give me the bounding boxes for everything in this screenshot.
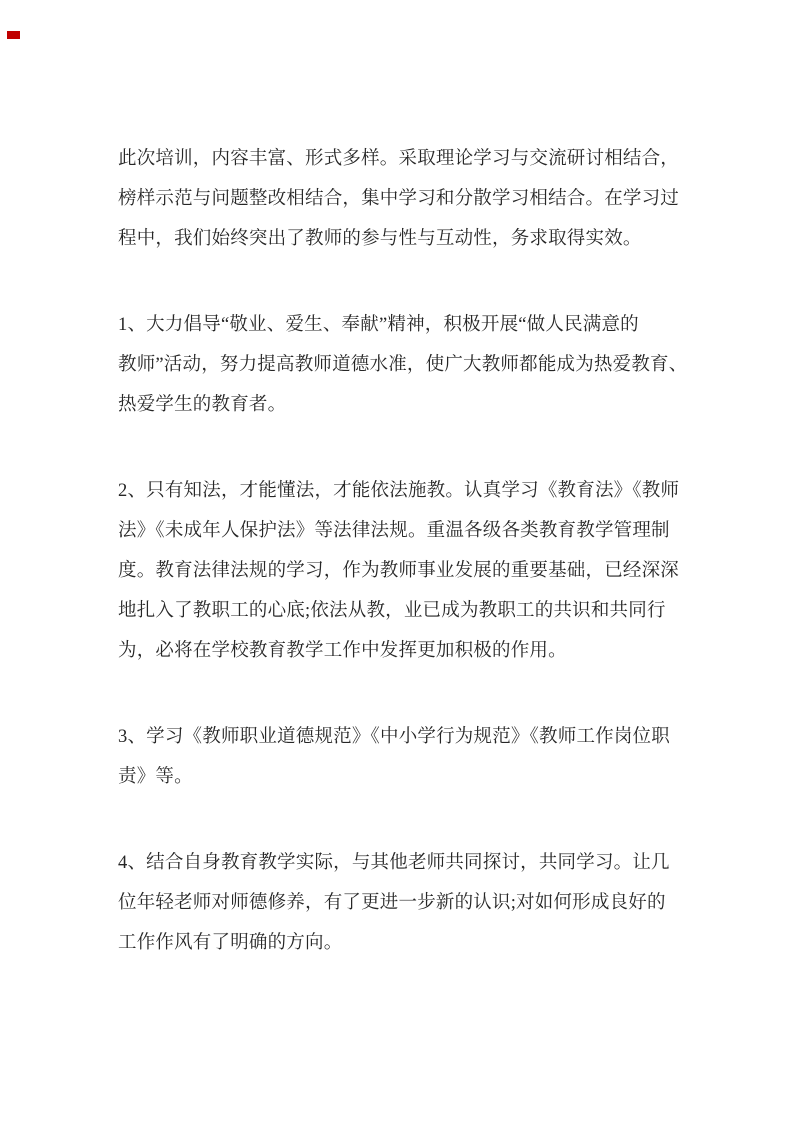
text-line: 度。教育法律法规的学习，作为教师事业发展的重要基础，已经深深: [118, 551, 678, 591]
text-line: 4、结合自身教育教学实际，与其他老师共同探讨，共同学习。让几: [118, 843, 678, 883]
text-line: 工作作风有了明确的方向。: [118, 923, 678, 963]
text-line: 1、大力倡导“敬业、爱生、奉献”精神，积极开展“做人民满意的: [118, 305, 678, 345]
text-line: 法》《未成年人保护法》等法律法规。重温各级各类教育教学管理制: [118, 511, 678, 551]
document-page: 此次培训，内容丰富、形式多样。采取理论学习与交流研讨相结合， 榜样示范与问题整改…: [0, 0, 793, 1122]
paragraph-item-4: 4、结合自身教育教学实际，与其他老师共同探讨，共同学习。让几 位年轻老师对师德修…: [118, 843, 678, 963]
text-line: 3、学习《教师职业道德规范》《中小学行为规范》《教师工作岗位职: [118, 717, 678, 757]
text-line: 此次培训，内容丰富、形式多样。采取理论学习与交流研讨相结合，: [118, 139, 678, 179]
text-line: 位年轻老师对师德修养，有了更进一步新的认识;对如何形成良好的: [118, 883, 678, 923]
paragraph-item-3: 3、学习《教师职业道德规范》《中小学行为规范》《教师工作岗位职 责》等。: [118, 717, 678, 797]
paragraph-item-2: 2、只有知法，才能懂法，才能依法施教。认真学习《教育法》《教师 法》《未成年人保…: [118, 471, 678, 671]
paragraph-intro: 此次培训，内容丰富、形式多样。采取理论学习与交流研讨相结合， 榜样示范与问题整改…: [118, 139, 678, 259]
document-body: 此次培训，内容丰富、形式多样。采取理论学习与交流研讨相结合， 榜样示范与问题整改…: [118, 139, 678, 963]
text-line: 程中，我们始终突出了教师的参与性与互动性，务求取得实效。: [118, 219, 678, 259]
text-line: 榜样示范与问题整改相结合，集中学习和分散学习相结合。在学习过: [118, 179, 678, 219]
paragraph-item-1: 1、大力倡导“敬业、爱生、奉献”精神，积极开展“做人民满意的 教师”活动，努力提…: [118, 305, 678, 425]
red-dash-marker: [7, 31, 20, 39]
text-line: 为，必将在学校教育教学工作中发挥更加积极的作用。: [118, 631, 678, 671]
text-line: 2、只有知法，才能懂法，才能依法施教。认真学习《教育法》《教师: [118, 471, 678, 511]
text-line: 责》等。: [118, 757, 678, 797]
text-line: 教师”活动，努力提高教师道德水准，使广大教师都能成为热爱教育、: [118, 345, 678, 385]
text-line: 热爱学生的教育者。: [118, 385, 678, 425]
text-line: 地扎入了教职工的心底;依法从教，业已成为教职工的共识和共同行: [118, 591, 678, 631]
